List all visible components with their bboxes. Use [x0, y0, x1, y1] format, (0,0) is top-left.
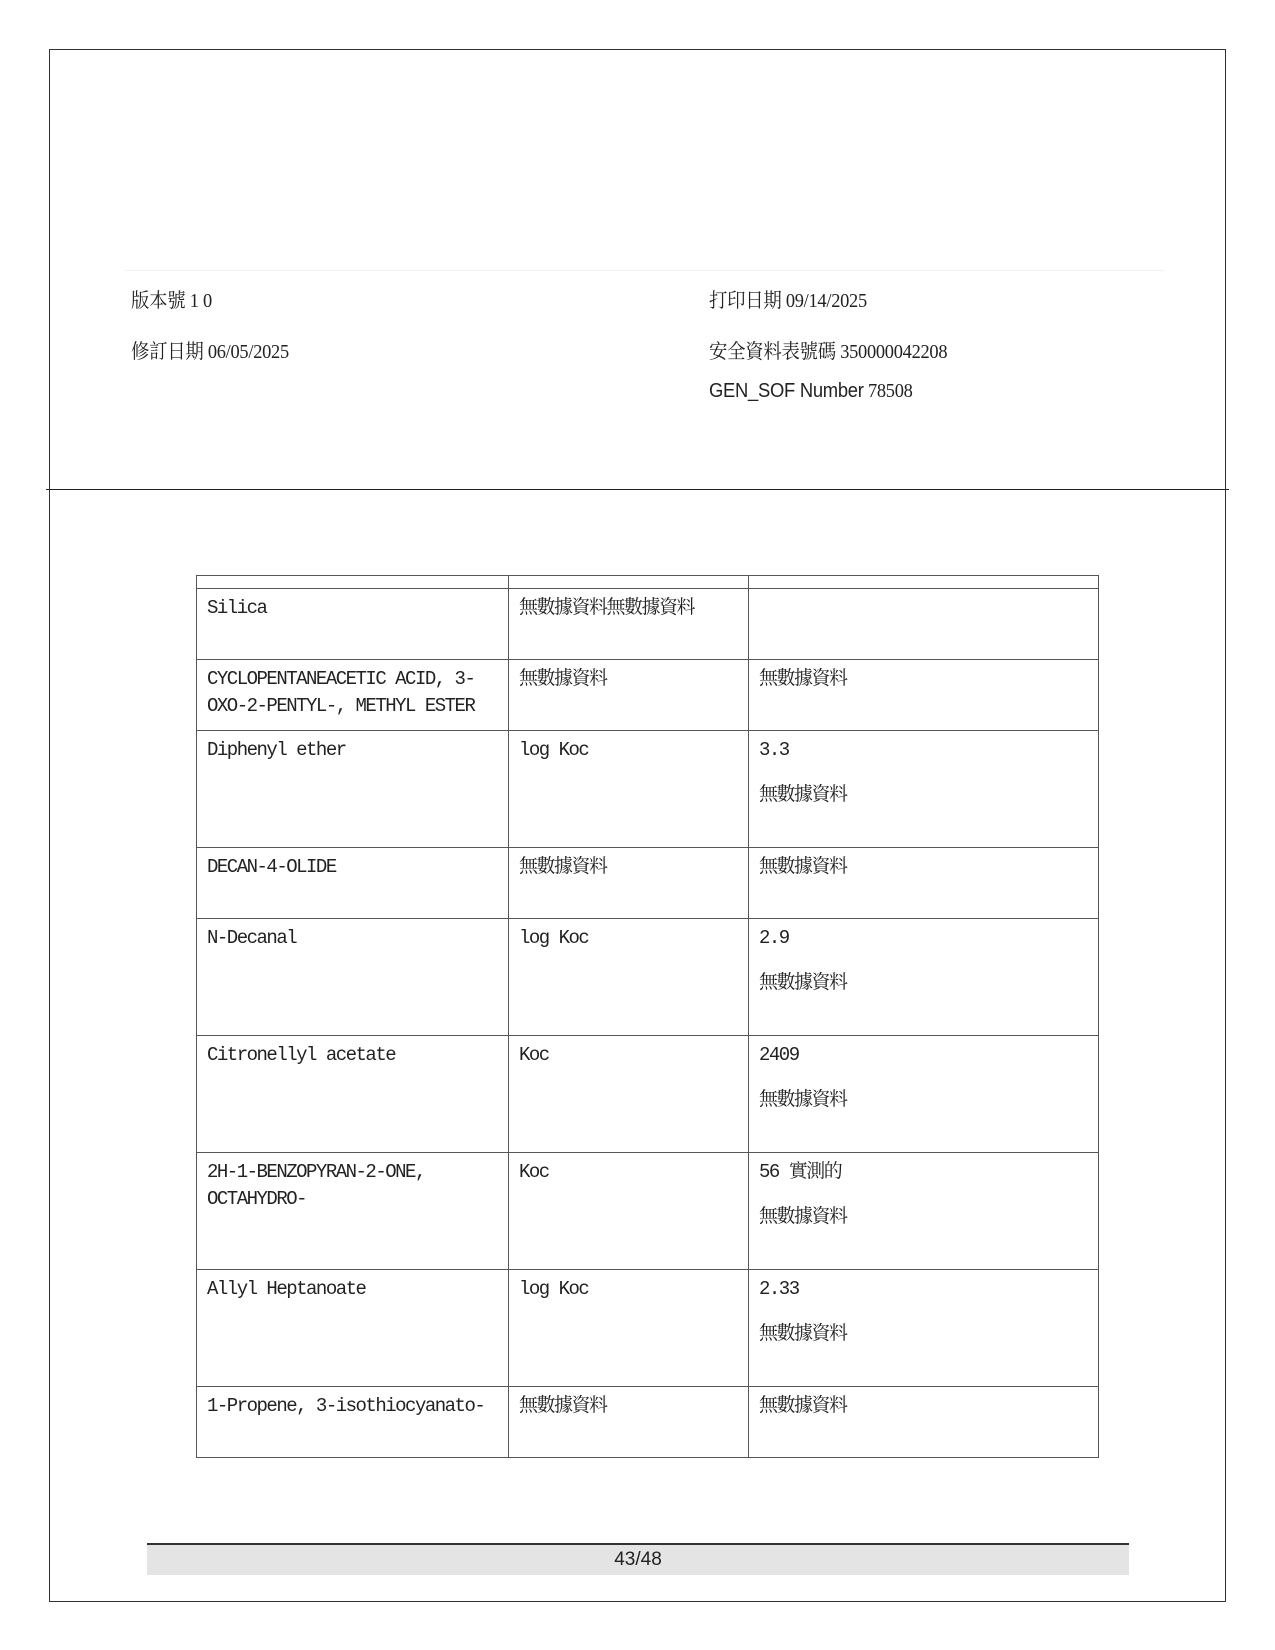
- header-cell: [749, 576, 1099, 589]
- value-cell: 2409無數據資料: [749, 1036, 1099, 1153]
- parameter-value: 無數據資料: [519, 854, 738, 881]
- measured-value: 無數據資料: [759, 1087, 1088, 1114]
- parameter-cell: log Koc: [509, 1270, 749, 1387]
- measured-value: 無數據資料: [759, 666, 1088, 693]
- soil-mobility-table: Silica無數據資料無數據資料CYCLOPENTANEACETIC ACID,…: [196, 575, 1099, 1458]
- table-row: Silica無數據資料無數據資料: [197, 589, 1099, 660]
- measured-value: 無數據資料: [759, 1204, 1088, 1231]
- parameter-value: Koc: [519, 1159, 738, 1186]
- substance-cell: 1-Propene, 3-isothiocyanato-: [197, 1387, 509, 1458]
- substance-name: 2H-1-BENZOPYRAN-2-ONE, OCTAHYDRO-: [207, 1159, 498, 1213]
- version-number: 版本號 1 0: [131, 284, 212, 313]
- table-row: Citronellyl acetateKoc2409無數據資料: [197, 1036, 1099, 1153]
- table-row: Diphenyl etherlog Koc3.3無數據資料: [197, 731, 1099, 848]
- parameter-value: log Koc: [519, 737, 738, 764]
- table-row: DECAN-4-OLIDE無數據資料無數據資料: [197, 848, 1099, 919]
- gen-sof-number: GEN_SOF Number 78508: [709, 380, 913, 403]
- parameter-value: 無數據資料無數據資料: [519, 595, 738, 622]
- parameter-cell: Koc: [509, 1036, 749, 1153]
- parameter-cell: log Koc: [509, 731, 749, 848]
- parameter-cell: 無數據資料: [509, 1387, 749, 1458]
- page-footer: 43/48: [147, 1543, 1129, 1575]
- table-row: 2H-1-BENZOPYRAN-2-ONE, OCTAHYDRO-Koc56 實…: [197, 1153, 1099, 1270]
- value-cell: 3.3無數據資料: [749, 731, 1099, 848]
- measured-value: 無數據資料: [759, 970, 1088, 997]
- gen-sof-label: GEN_SOF Number: [709, 380, 864, 402]
- measured-value: 56 實測的: [759, 1159, 1088, 1186]
- value-cell: [749, 589, 1099, 660]
- value-cell: 2.9無數據資料: [749, 919, 1099, 1036]
- header-divider: [46, 489, 1229, 490]
- substance-name: Diphenyl ether: [207, 737, 498, 764]
- substance-cell: Allyl Heptanoate: [197, 1270, 509, 1387]
- measured-value: 3.3: [759, 737, 1088, 764]
- measured-value: 無數據資料: [759, 854, 1088, 881]
- header-cell: [197, 576, 509, 589]
- substance-name: N-Decanal: [207, 925, 498, 952]
- measured-value: 2.9: [759, 925, 1088, 952]
- parameter-value: 無數據資料: [519, 666, 738, 693]
- substance-cell: Citronellyl acetate: [197, 1036, 509, 1153]
- measured-value: 無數據資料: [759, 782, 1088, 809]
- table-row: CYCLOPENTANEACETIC ACID, 3-OXO-2-PENTYL-…: [197, 660, 1099, 731]
- parameter-value: log Koc: [519, 925, 738, 952]
- parameter-cell: log Koc: [509, 919, 749, 1036]
- substance-name: CYCLOPENTANEACETIC ACID, 3-OXO-2-PENTYL-…: [207, 666, 498, 720]
- substance-cell: N-Decanal: [197, 919, 509, 1036]
- parameter-cell: Koc: [509, 1153, 749, 1270]
- header-faint-rule: [125, 270, 1165, 271]
- parameter-value: Koc: [519, 1042, 738, 1069]
- substance-name: 1-Propene, 3-isothiocyanato-: [207, 1393, 498, 1420]
- table-row: Allyl Heptanoatelog Koc2.33無數據資料: [197, 1270, 1099, 1387]
- value-cell: 無數據資料: [749, 848, 1099, 919]
- parameter-cell: 無數據資料: [509, 660, 749, 731]
- substance-cell: Silica: [197, 589, 509, 660]
- measured-value: 無數據資料: [759, 1321, 1088, 1348]
- substance-name: Allyl Heptanoate: [207, 1276, 498, 1303]
- substance-cell: Diphenyl ether: [197, 731, 509, 848]
- substance-cell: DECAN-4-OLIDE: [197, 848, 509, 919]
- table-row: 1-Propene, 3-isothiocyanato-無數據資料無數據資料: [197, 1387, 1099, 1458]
- page-indicator: 43/48: [614, 1549, 662, 1570]
- sds-number: 安全資料表號碼 350000042208: [709, 335, 947, 364]
- substance-cell: 2H-1-BENZOPYRAN-2-ONE, OCTAHYDRO-: [197, 1153, 509, 1270]
- value-cell: 56 實測的無數據資料: [749, 1153, 1099, 1270]
- substance-name: Silica: [207, 595, 498, 622]
- value-cell: 無數據資料: [749, 660, 1099, 731]
- parameter-value: 無數據資料: [519, 1393, 738, 1420]
- revision-date: 修訂日期 06/05/2025: [131, 335, 289, 364]
- substance-name: Citronellyl acetate: [207, 1042, 498, 1069]
- value-cell: 無數據資料: [749, 1387, 1099, 1458]
- substance-name: DECAN-4-OLIDE: [207, 854, 498, 881]
- print-date: 打印日期 09/14/2025: [709, 284, 867, 313]
- measured-value: 無數據資料: [759, 1393, 1088, 1420]
- parameter-value: log Koc: [519, 1276, 738, 1303]
- table-row: N-Decanallog Koc2.9無數據資料: [197, 919, 1099, 1036]
- parameter-cell: 無數據資料: [509, 848, 749, 919]
- header-cell: [509, 576, 749, 589]
- gen-sof-value: 78508: [868, 380, 913, 402]
- value-cell: 2.33無數據資料: [749, 1270, 1099, 1387]
- measured-value: 2.33: [759, 1276, 1088, 1303]
- parameter-cell: 無數據資料無數據資料: [509, 589, 749, 660]
- measured-value: 2409: [759, 1042, 1088, 1069]
- substance-cell: CYCLOPENTANEACETIC ACID, 3-OXO-2-PENTYL-…: [197, 660, 509, 731]
- table-header-row: [197, 576, 1099, 589]
